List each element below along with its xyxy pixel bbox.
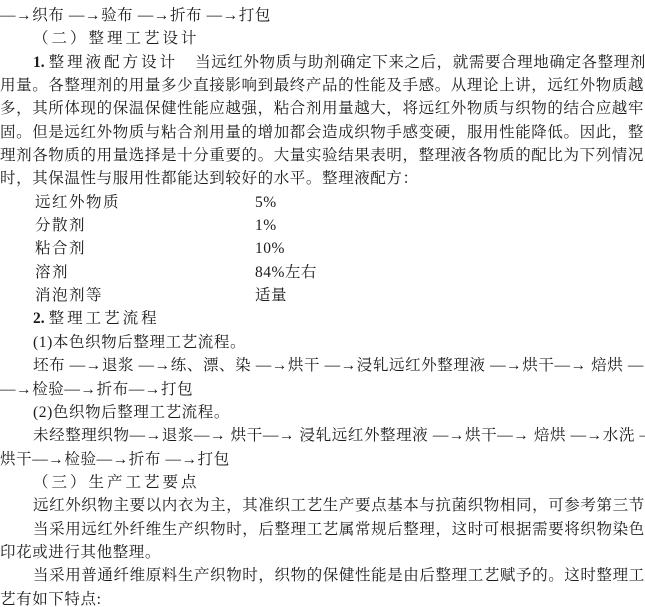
subheading-1: (1)本色织物后整理工艺流程。 <box>0 331 645 354</box>
para1-line-2: 用量。各整理剂的用量多少直接影响到最终产品的性能及手感。从理论上讲，远红外物质越 <box>0 74 645 97</box>
flow2-line-2: 烘干—→检验—→折布 —→打包 <box>0 448 645 471</box>
para1-line-3: 多，其所体现的保温保健性能应越强，粘合剂用量越大，将远红外物质与织物的结合应越牢 <box>0 97 645 120</box>
formula-row-dispersant: 分散剂1% <box>0 214 645 237</box>
formula-row-solvent: 溶剂84%左右 <box>0 261 645 284</box>
para2-title: 整理工艺流程 <box>49 310 160 327</box>
formula-value: 1% <box>255 214 277 237</box>
formula-row-defoamer: 消泡剂等适量 <box>0 284 645 307</box>
formula-label: 远红外物质 <box>35 191 255 214</box>
flow2-line-1: 未经整理织物—→退浆—→ 烘干—→ 浸轧远红外整理液 —→烘干—→ 焙烘 —→水… <box>0 424 645 447</box>
section-heading-2: （二）整理工艺设计 <box>0 27 645 50</box>
formula-value: 适量 <box>255 284 287 307</box>
flow1-line-1: 坯布 —→退浆 —→练、漂、染 —→烘干 —→浸轧远红外整理液 —→烘干—→ 焙… <box>0 354 645 377</box>
subheading-2: (2)色织物后整理工艺流程。 <box>0 401 645 424</box>
formula-row-far-infrared: 远红外物质5% <box>0 191 645 214</box>
para2-heading: 2.整理工艺流程 <box>0 307 645 330</box>
flow-line-top: —→织布 —→验布 —→折布 —→打包 <box>0 4 645 27</box>
para5-line-1: 当采用普通纤维原料生产织物时，织物的保健性能是由后整理工艺赋予的。这时整理工 <box>0 564 645 587</box>
document-page: —→织布 —→验布 —→折布 —→打包 （二）整理工艺设计 1.整理液配方设计当… <box>0 0 645 607</box>
para1-line-4: 固。但是远红外物质与粘合剂用量的增加都会造成织物手感变硬，服用性能降低。因此，整 <box>0 121 645 144</box>
para4-line-1: 当采用远红外纤维生产织物时，后整理工艺属常规后整理，这时可根据需要将织物染色、 <box>0 518 645 541</box>
para1-title: 整理液配方设计 <box>49 54 179 71</box>
formula-value: 10% <box>255 237 285 260</box>
formula-label: 消泡剂等 <box>35 284 255 307</box>
section-heading-3: （三）生产工艺要点 <box>0 471 645 494</box>
formula-label: 分散剂 <box>35 214 255 237</box>
formula-value: 84%左右 <box>255 261 317 284</box>
formula-value: 5% <box>255 191 277 214</box>
formula-row-binder: 粘合剂10% <box>0 237 645 260</box>
para1-number: 1. <box>33 54 45 71</box>
para2-number: 2. <box>33 310 45 327</box>
para3-line-1: 远红外织物主要以内衣为主，其准织工艺生产要点基本与抗菌织物相同，可参考第三节。 <box>0 494 645 517</box>
para5-line-2: 艺有如下特点: <box>0 588 645 607</box>
formula-label: 粘合剂 <box>35 237 255 260</box>
para1-line-5: 理剂各物质的用量选择是十分重要的。大量实验结果表明，整理液各物质的配比为下列情况 <box>0 144 645 167</box>
para4-line-2: 印花或进行其他整理。 <box>0 541 645 564</box>
para1-line-6: 时，其保温性与服用性都能达到较好的水平。整理液配方： <box>0 167 645 190</box>
para1-text: 当远红外物质与助剂确定下来之后，就需要合理地确定各整理剂的 <box>195 54 645 71</box>
formula-label: 溶剂 <box>35 261 255 284</box>
para1-first-line: 1.整理液配方设计当远红外物质与助剂确定下来之后，就需要合理地确定各整理剂的 <box>0 51 645 74</box>
flow1-line-2: —→检验—→折布—→打包 <box>0 378 645 401</box>
